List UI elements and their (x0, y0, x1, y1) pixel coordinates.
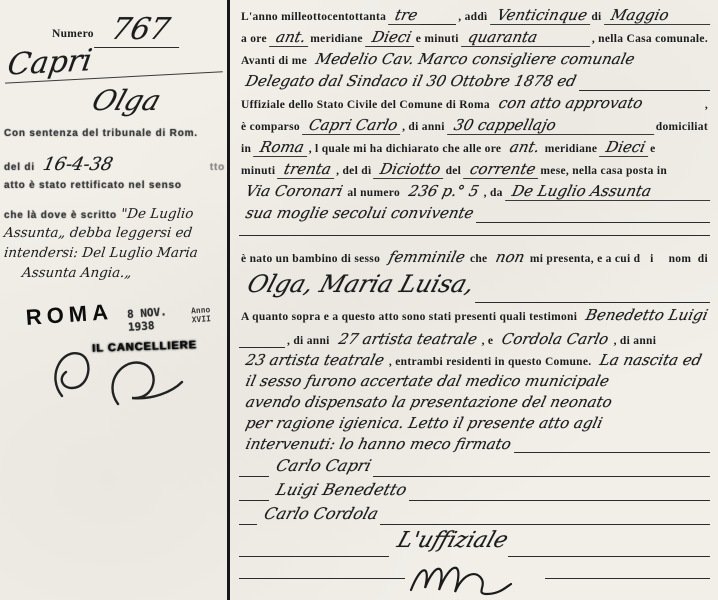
rectification-date-handwritten: 16-4-38 (41, 154, 115, 175)
rectification-stamp-line: che là dove è scritto "De Luglio (4, 206, 225, 224)
rectification-note-line: intendersi: Del Luglio Maria (4, 244, 225, 264)
act-line-sex: è nato un bambino di sessofemminilecheno… (239, 248, 710, 270)
printed-text: Avanti di me (239, 55, 309, 67)
printed-text: meridiane (308, 33, 365, 45)
act-column: L'anno milleottocentottantatre, addìVent… (239, 6, 710, 596)
handwritten-text: tre (388, 6, 424, 25)
margin-column: Numero 767 Capri Olga Con sentenza del t… (0, 0, 227, 600)
act-line-child-names: Olga, Maria Luisa, (239, 270, 710, 306)
act-line-official: Avanti di meMedelio Cav. Marco consiglie… (239, 50, 710, 72)
blank-rule (514, 438, 710, 453)
handwritten-text: avendo dispensato la presentazione del n… (239, 393, 619, 411)
act-line-hour: a oreant.meridianeDiecie minutiquaranta,… (239, 28, 710, 50)
printed-text: , addì (456, 11, 489, 23)
printed-text: , nella Casa comunale. (590, 33, 710, 45)
printed-text: è comparso (239, 121, 302, 133)
printed-text: al numero (345, 187, 402, 199)
handwritten-text: intervenuti: lo hanno meco firmato (239, 435, 518, 453)
act-line-closing3: per ragione igienica. Letto il presente … (239, 414, 710, 435)
roma-stamp-era: Anno XVII (191, 304, 228, 324)
rectification-stamp-text: tto (210, 162, 225, 173)
cancelliere-signature-flourish (40, 330, 190, 415)
printed-text: , di anni (285, 335, 332, 347)
printed-text: , di anni (400, 121, 447, 133)
rectification-stamp-text: Con sentenza del tribunale di Rom. (4, 128, 198, 139)
blank-rule (380, 510, 710, 525)
act-line-delegation: Delegato dal Sindaco il 30 Ottobre 1878 … (239, 72, 710, 94)
act-line-uffiziale: Uffiziale dello Stato Civile del Comune … (239, 94, 710, 116)
blank-rule (420, 10, 456, 25)
blank-rule (239, 510, 257, 525)
printed-text: del (444, 165, 464, 177)
act-separator-rule (239, 226, 710, 236)
rectification-stamp-text: atto è stato rettificato nel senso (4, 180, 182, 191)
printed-text: che (468, 253, 490, 265)
printed-text: i (648, 253, 656, 265)
handwritten-text: quaranta (461, 28, 594, 47)
act-lines: L'anno milleottocentottantatre, addìVent… (239, 6, 710, 560)
act-signature-3: Carlo Cordola (239, 504, 710, 528)
handwritten-text: non (489, 248, 532, 266)
blank-rule (239, 462, 269, 477)
printed-text: di (696, 253, 710, 265)
handwritten-text: femminile (382, 248, 472, 266)
handwritten-text: Luigi Benedetto (269, 480, 414, 499)
handwritten-text: con atto approvato (492, 94, 707, 112)
printed-text: nom (667, 253, 694, 265)
act-line-declarant: è comparsoCapri Carlo, di anni30 cappell… (239, 116, 710, 138)
act-line-witness1: , di anni27 artista teatrale, eCordola C… (239, 330, 710, 351)
handwritten-text: De Luglio Assunta (505, 182, 715, 201)
blank-rule (545, 578, 711, 579)
act-line-closing4: intervenuti: lo hanno meco firmato (239, 435, 710, 456)
printed-text: minuti (239, 165, 277, 177)
rectification-stamp-line: del di 16-4-38 tto (4, 154, 225, 180)
rectification-stamp-line: Con sentenza del tribunale di Rom. (4, 128, 225, 154)
official-signature-row (239, 560, 710, 596)
act-signature-2: Luigi Benedetto (239, 480, 710, 504)
blank-rule (409, 486, 710, 501)
printed-text: A quanto sopra e a questo atto sono stat… (239, 311, 579, 323)
handwritten-text: La nascita ed (593, 351, 709, 369)
handwritten-text: per ragione igienica. Letto il presente … (239, 414, 609, 432)
handwritten-text: Cordola Carlo (495, 330, 615, 348)
rectification-note-handwritten: Assunta Angia.„ (21, 265, 132, 281)
printed-text: mi presenta, e a cui d (528, 253, 643, 265)
printed-text: , l quale mi ha dichiarato che alle ore (307, 143, 504, 155)
handwritten-text: ant. (269, 28, 313, 47)
column-divider-rule (227, 0, 230, 600)
printed-text: mese, nella casa posta in (538, 165, 669, 177)
handwritten-text: Diciotto (373, 160, 448, 179)
handwritten-text: 23 artista teatrale (239, 351, 391, 369)
rectification-stamp-line: atto è stato rettificato nel senso (4, 180, 225, 206)
blank-rule (239, 333, 285, 348)
blank-rule (508, 542, 710, 557)
printed-text: in (239, 143, 253, 155)
handwritten-text: Carlo Cordola (257, 504, 386, 523)
handwritten-text: ant. (503, 138, 547, 156)
given-name-handwritten: Olga (88, 84, 165, 117)
handwritten-text: il sesso furono accertate dal medico mun… (239, 372, 616, 390)
rectification-note-handwritten: "De Luglio (120, 206, 194, 222)
printed-text: L'anno milleottocentottanta (239, 11, 388, 23)
printed-text: , del dì (334, 165, 373, 177)
rectification-stamp-text: che là dove è scritto (4, 210, 117, 221)
handwritten-text: trenta (277, 160, 338, 179)
printed-text: e minuti (414, 33, 461, 45)
surname-handwritten: Capri (5, 43, 94, 83)
birth-record-page: Numero 767 Capri Olga Con sentenza del t… (0, 0, 718, 600)
act-line-closing1: il sesso furono accertate dal medico mun… (239, 372, 710, 393)
handwritten-text: Maggio (604, 6, 715, 25)
act-line-address: Via Coronarial numero236 p.° 5, daDe Lug… (239, 182, 710, 204)
rectification-note-handwritten: intendersi: Del Luglio Maria (3, 245, 198, 261)
rectification-note-line: Assunta„ debba leggersi ed (4, 224, 225, 244)
handwritten-text: Venticinque (490, 6, 594, 25)
surname-entry: Capri (3, 36, 223, 83)
handwritten-text: Capri Carlo (302, 116, 405, 135)
handwritten-text: Delegato dal Sindaco il 30 Ottobre 1878 … (239, 72, 583, 90)
rectification-note-handwritten: Assunta„ debba leggersi ed (3, 225, 193, 241)
blank-rule (239, 486, 269, 501)
printed-text: , da (482, 187, 505, 199)
printed-text: meridiane (543, 143, 600, 155)
handwritten-text: sua moglie secolui convivente (239, 204, 481, 222)
handwritten-text: Via Coronari (239, 182, 350, 200)
blank-rule (239, 221, 710, 236)
official-signature-flourish (405, 560, 545, 596)
handwritten-text: Dieci (365, 28, 418, 47)
act-line-residence: inRoma, l quale mi ha dichiarato che all… (239, 138, 710, 160)
handwritten-text: 30 cappellajo (447, 116, 658, 135)
handwritten-text: Olga, Maria Luisa, (239, 270, 483, 298)
handwritten-text: 27 artista teatrale (332, 330, 484, 348)
act-line-year: L'anno milleottocentottantatre, addìVent… (239, 6, 710, 28)
act-line-closing2: avendo dispensato la presentazione del n… (239, 393, 710, 414)
printed-text: , di anni (612, 335, 659, 347)
blank-rule (475, 288, 710, 303)
numero-label: Numero (52, 28, 94, 40)
printed-text: domiciliat (654, 121, 710, 133)
handwritten-text: L'uffiziale (389, 528, 516, 553)
rectification-stamp-text: del di (4, 162, 35, 173)
printed-text: , entrambi residenti in questo Comune. (387, 356, 594, 368)
handwritten-text: Roma (253, 138, 311, 157)
handwritten-text: Carlo Capri (269, 456, 379, 475)
roma-stamp-city: ROMA (25, 299, 114, 331)
blank-rule (579, 76, 710, 91)
act-line-witness2: 23 artista teatrale, entrambi residenti … (239, 351, 710, 372)
act-line-ufficiale-title: L'uffiziale (239, 528, 710, 560)
handwritten-text: corrente (463, 160, 543, 179)
printed-text: è nato un bambino di sesso (239, 253, 382, 265)
printed-text: a ore (239, 33, 269, 45)
blank-rule (373, 462, 710, 477)
given-name-entry: Olga (88, 84, 155, 117)
act-line-witnesses-intro: A quanto sopra e a questo atto sono stat… (239, 306, 710, 330)
handwritten-text: 236 p.° 5 (402, 182, 486, 200)
rectification-note-line: Assunta Angia.„ (4, 264, 225, 284)
act-signature-1: Carlo Capri (239, 456, 710, 480)
printed-text: Uffiziale dello Stato Civile del Comune … (239, 99, 492, 111)
handwritten-text: Benedetto Luigi (579, 306, 715, 324)
handwritten-text: Medelio Cav. Marco consigliere comunale (309, 50, 714, 68)
rectification-annotation: Con sentenza del tribunale di Rom. del d… (4, 128, 225, 284)
blank-rule (239, 542, 389, 557)
blank-rule (239, 578, 405, 579)
handwritten-text: Dieci (599, 138, 652, 157)
act-line-birthtime: minutitrenta, del dìDiciottodelcorrentem… (239, 160, 710, 182)
